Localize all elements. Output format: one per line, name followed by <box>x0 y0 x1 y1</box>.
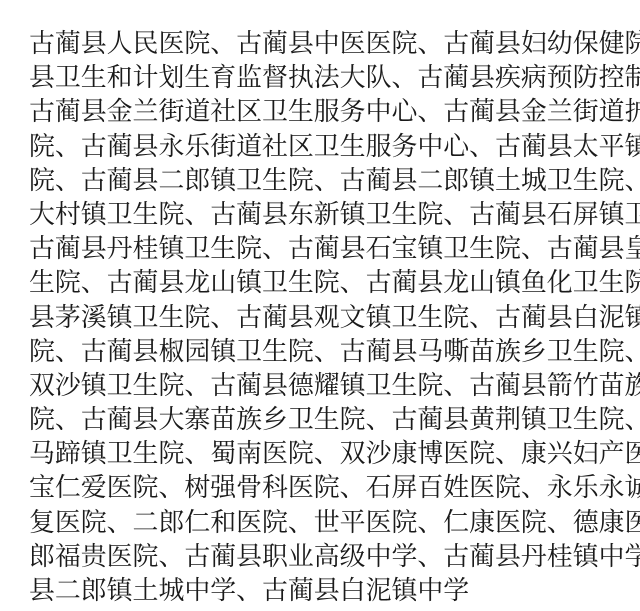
text-line: 郎福贵医院、古蔺县职业高级中学、古蔺县丹桂镇中学、古蔺 <box>29 540 629 574</box>
text-line: 县茅溪镇卫生院、古蔺县观文镇卫生院、古蔺县白泥镇卫生 <box>29 301 629 335</box>
text-line: 马蹄镇卫生院、蜀南医院、双沙康博医院、康兴妇产医院、石 <box>29 437 629 471</box>
text-line: 院、古蔺县椒园镇卫生院、古蔺县马嘶苗族乡卫生院、古蔺县 <box>29 335 629 369</box>
text-line: 县卫生和计划生育监督执法大队、古蔺县疾病预防控制中心、 <box>29 61 629 95</box>
document-body: 古蔺县人民医院、古蔺县中医医院、古蔺县妇幼保健院、古蔺 县卫生和计划生育监督执法… <box>29 27 629 608</box>
text-line: 院、古蔺县二郎镇卫生院、古蔺县二郎镇土城卫生院、古蔺县 <box>29 164 629 198</box>
text-line: 院、古蔺县永乐街道社区卫生服务中心、古蔺县太平镇卫生 <box>29 130 629 164</box>
text-line: 宝仁爱医院、树强骨科医院、石屏百姓医院、永乐永诚中医康 <box>29 471 629 505</box>
text-line: 院、古蔺县大寨苗族乡卫生院、古蔺县黄荆镇卫生院、古蔺县 <box>29 403 629 437</box>
text-line: 双沙镇卫生院、古蔺县德耀镇卫生院、古蔺县箭竹苗族乡卫生 <box>29 369 629 403</box>
text-line: 县二郎镇土城中学、古蔺县白泥镇中学 <box>29 574 629 608</box>
text-line: 古蔺县人民医院、古蔺县中医医院、古蔺县妇幼保健院、古蔺 <box>29 27 629 61</box>
text-line: 古蔺县丹桂镇卫生院、古蔺县石宝镇卫生院、古蔺县皇华镇卫 <box>29 232 629 266</box>
text-line: 复医院、二郎仁和医院、世平医院、仁康医院、德康医院、二 <box>29 506 629 540</box>
text-line: 生院、古蔺县龙山镇卫生院、古蔺县龙山镇鱼化卫生院、古蔺 <box>29 266 629 300</box>
text-line: 大村镇卫生院、古蔺县东新镇卫生院、古蔺县石屏镇卫生院、 <box>29 198 629 232</box>
text-line: 古蔺县金兰街道社区卫生服务中心、古蔺县金兰街道护家卫生 <box>29 95 629 129</box>
